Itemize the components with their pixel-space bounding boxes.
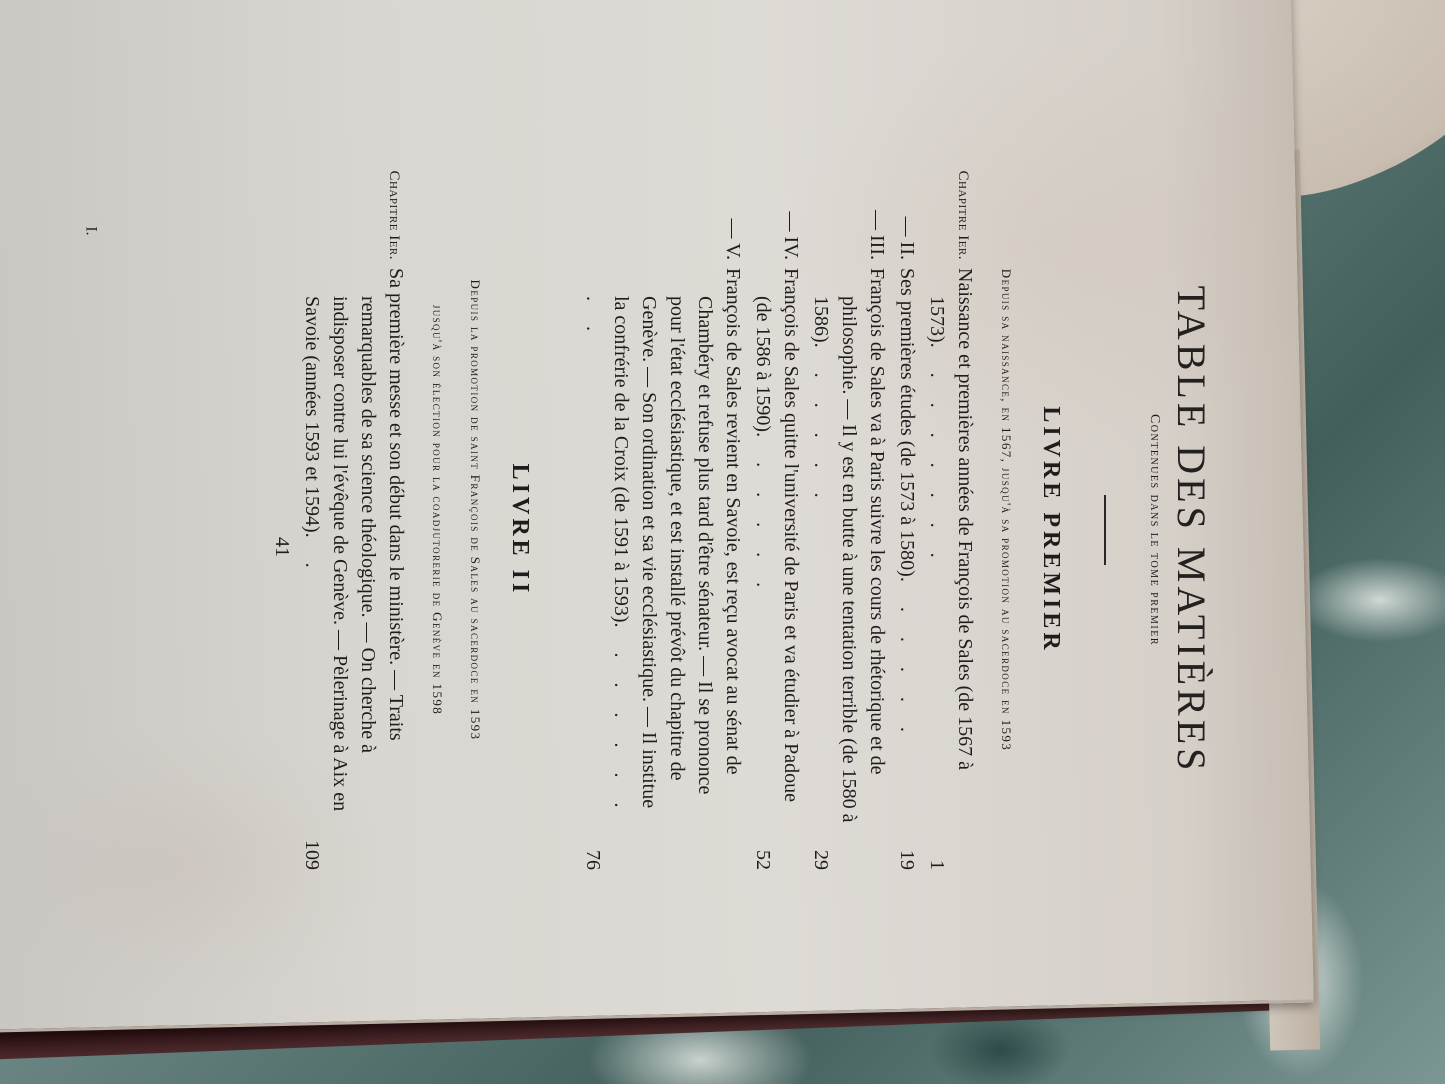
toc-entry[interactable]: Chapitre Ier. Sa première messe et son d… xyxy=(298,150,410,870)
chapter-title: Ses premières études (de 1573 à 1580). .… xyxy=(893,268,921,826)
toc-entry[interactable]: — II. Ses premières études (de 1573 à 15… xyxy=(893,150,921,870)
page-title: TABLE DES MATIÈRES xyxy=(1168,150,1215,870)
page-subtitle: Contenues dans le tome premier xyxy=(1146,150,1162,870)
chapter-label: — IV. xyxy=(749,150,805,268)
chapter-title: François de Sales va à Paris suivre les … xyxy=(807,268,891,826)
chapter-title: Naissance et premières années de Françoi… xyxy=(923,268,979,826)
toc-entry[interactable]: Chapitre Ier. Naissance et premières ann… xyxy=(923,150,979,870)
livre-range-line-2: jusqu'à son élection pour la coadjutorer… xyxy=(426,150,448,870)
chapter-label: Chapitre Ier. xyxy=(923,150,979,268)
livre-title: LIVRE PREMIER xyxy=(1037,150,1064,870)
folio-mark: I. xyxy=(82,226,100,235)
chapter-title: François de Sales revient en Savoie, est… xyxy=(579,268,747,826)
trailing-page-number-row: 41 xyxy=(268,150,296,870)
livre-deux: LIVRE II Depuis la promotion de saint Fr… xyxy=(268,150,533,870)
chapter-label: — II. xyxy=(893,150,921,268)
photo-scene: TABLE DES MATIÈRES Contenues dans le tom… xyxy=(0,0,1445,1084)
page-number: 76 xyxy=(579,826,607,870)
page-number: 109 xyxy=(298,826,326,870)
page-number: 19 xyxy=(893,826,921,870)
page-number: 1 xyxy=(923,826,951,870)
page-number: 29 xyxy=(807,826,835,870)
table-of-contents: TABLE DES MATIÈRES Contenues dans le tom… xyxy=(266,150,1215,870)
divider xyxy=(1104,495,1106,565)
toc-entry[interactable]: — V. François de Sales revient en Savoie… xyxy=(579,150,747,870)
chapter-title: Sa première messe et son début dans le m… xyxy=(298,268,410,826)
toc-entry[interactable]: — III. François de Sales va à Paris suiv… xyxy=(807,150,891,870)
livre-premier: LIVRE PREMIER Depuis sa naissance, en 15… xyxy=(579,150,1064,870)
livre-title: LIVRE II xyxy=(506,150,533,870)
chapter-label: Chapitre Ier. xyxy=(298,150,410,268)
page-number: 52 xyxy=(749,826,777,870)
chapter-label: — V. xyxy=(579,150,747,268)
chapter-label: — III. xyxy=(807,150,891,268)
trailing-page-number: 41 xyxy=(268,268,296,826)
toc-entry[interactable]: — IV. François de Sales quitte l'univers… xyxy=(749,150,805,870)
livre-range-line-1: Depuis la promotion de saint François de… xyxy=(464,150,486,870)
livre-range: Depuis sa naissance, en 1567, jusqu'à sa… xyxy=(995,150,1017,870)
chapter-title: François de Sales quitte l'université de… xyxy=(749,268,805,826)
